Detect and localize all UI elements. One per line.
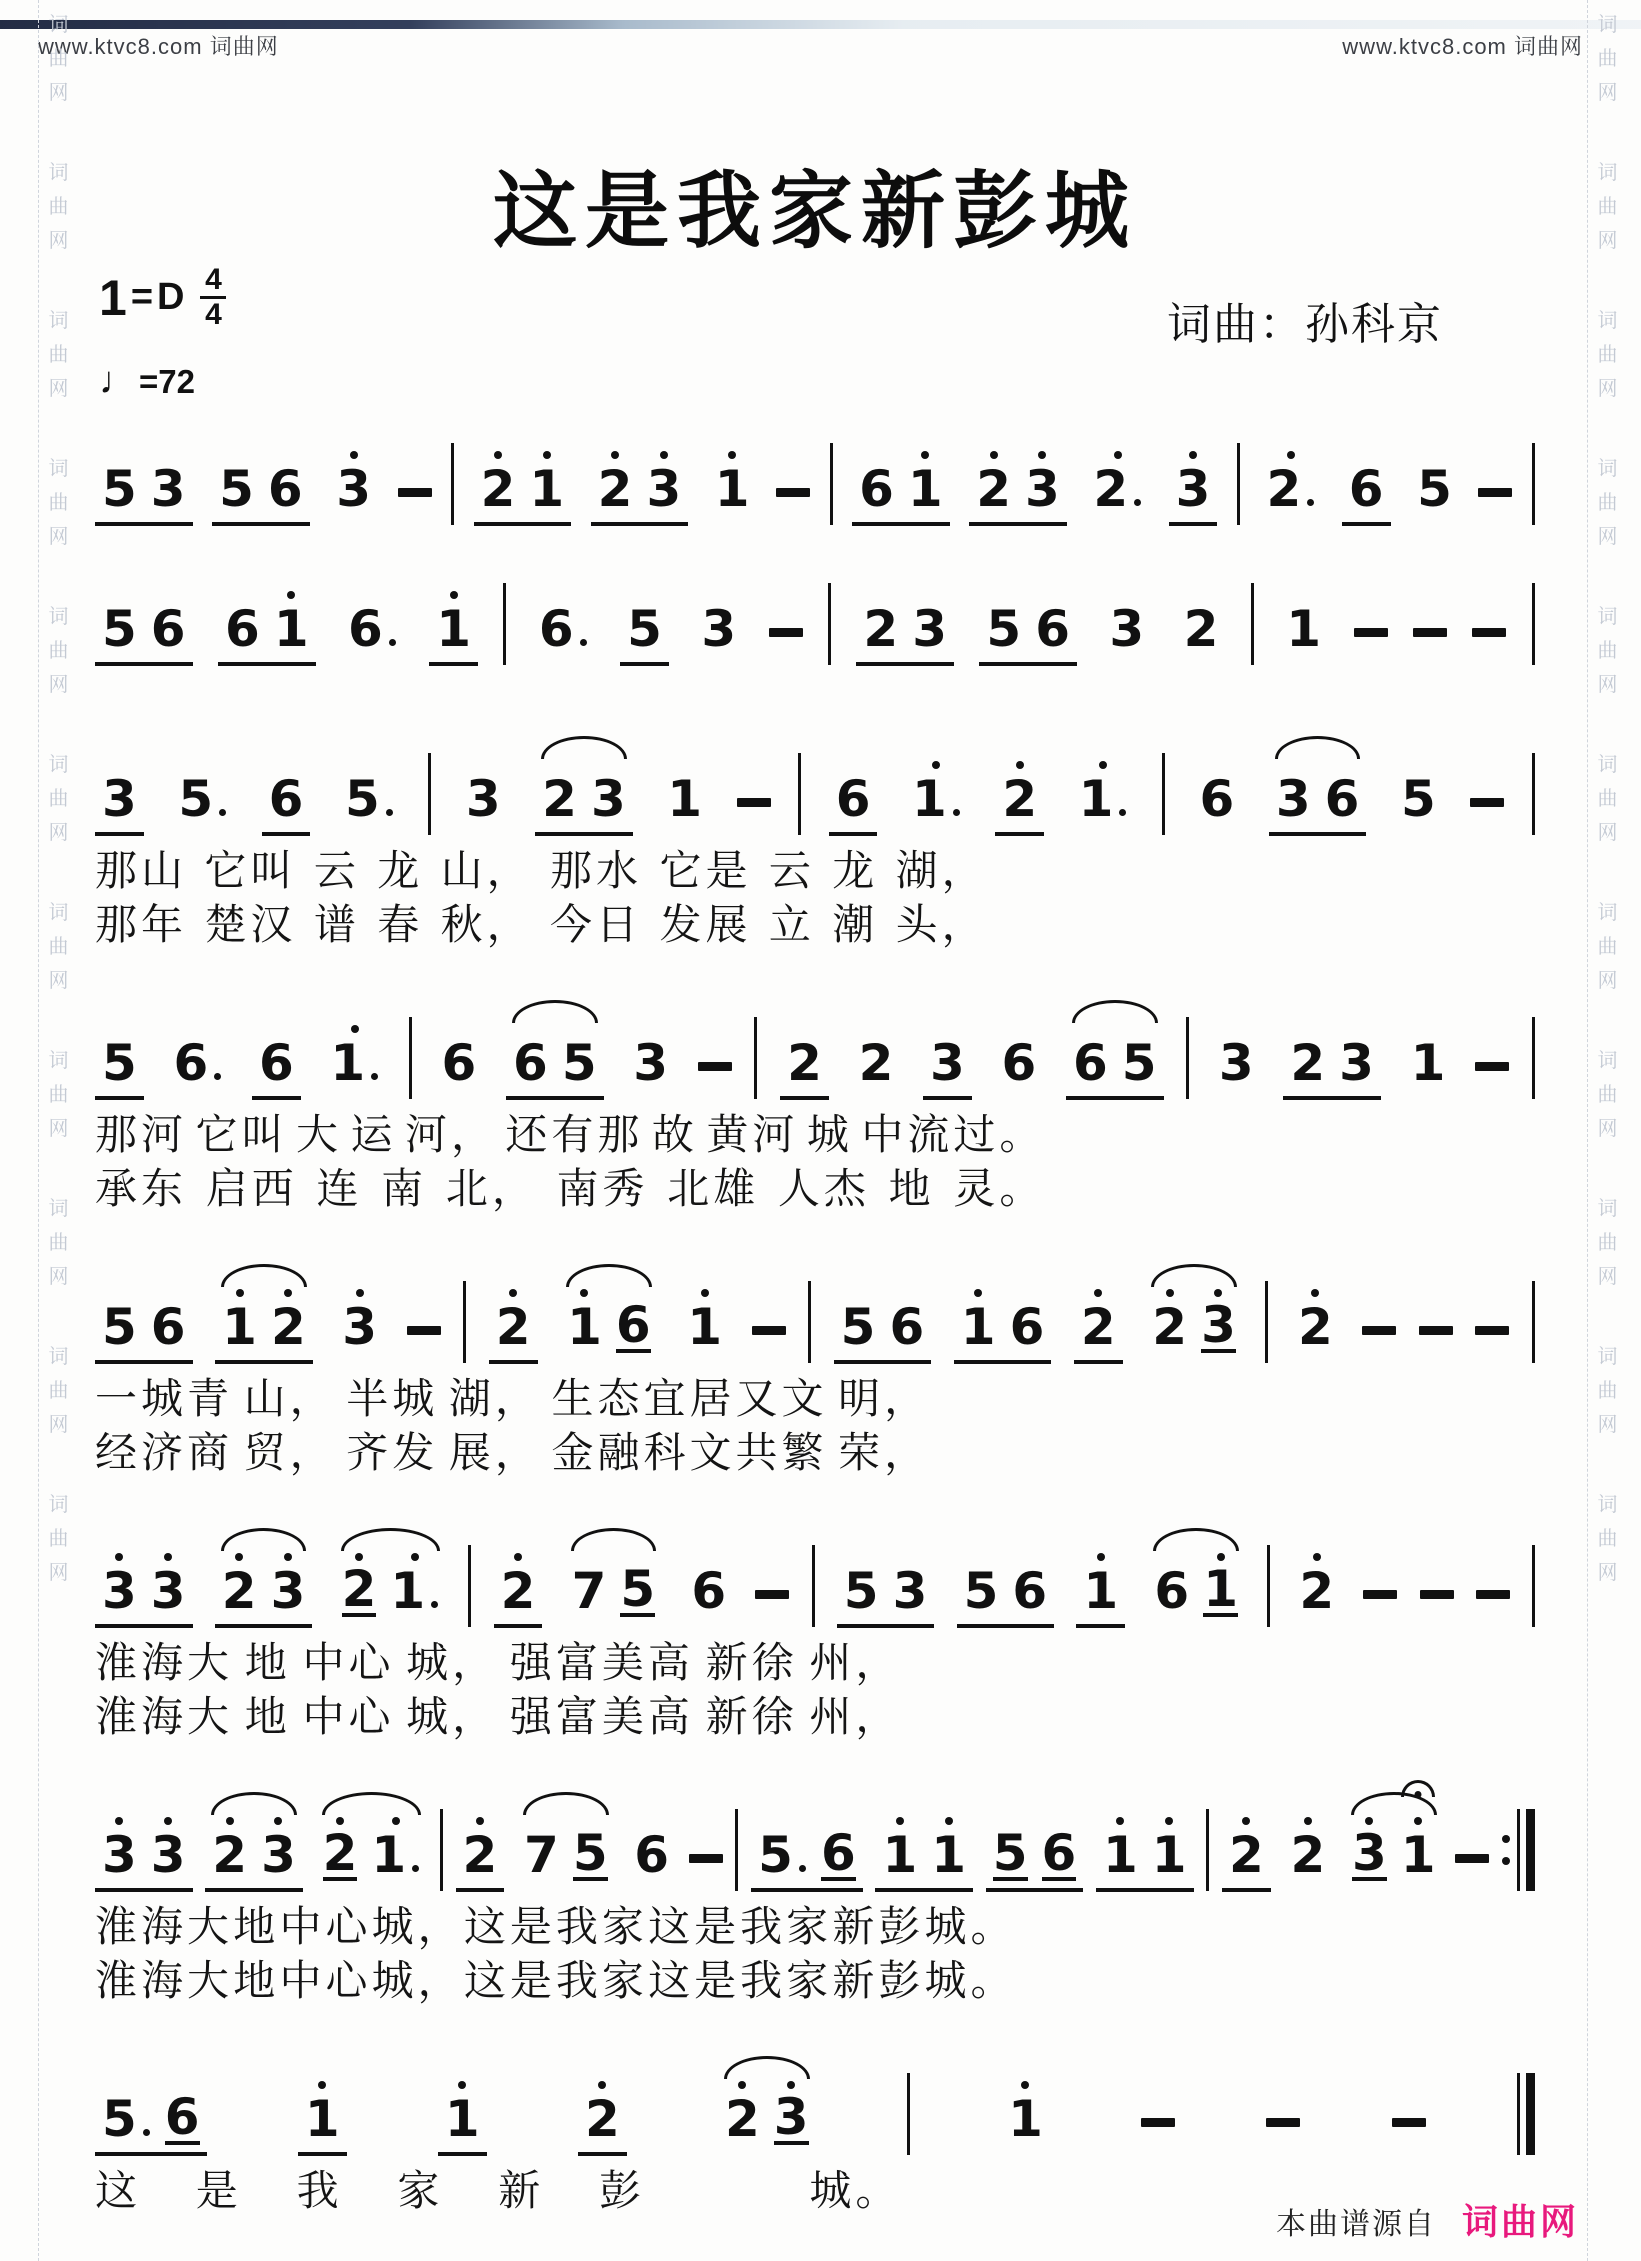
lyric-syllable: 龙 <box>832 848 878 896</box>
note-body: 6 <box>1035 602 1070 656</box>
note: 2 <box>1145 1280 1194 1354</box>
note-digit: 5 <box>573 1830 608 1881</box>
note-body: 1 <box>222 1300 257 1354</box>
side-watermark-char: 词 <box>1598 10 1618 40</box>
note-body: 1 <box>390 1564 439 1618</box>
lyric-syllable: 山， <box>441 848 533 896</box>
lyric-syllable: 那山 <box>95 848 187 896</box>
notation-score: 5356321231612323265566161653235632135653… <box>95 416 1535 2216</box>
note-group: 2 <box>456 1808 505 1892</box>
note-digit: 1 <box>908 462 943 516</box>
note-body: 6 <box>1010 1300 1045 1354</box>
note-body: 5 <box>102 462 137 516</box>
barline <box>1186 1016 1189 1100</box>
note-digit: 5 <box>178 772 213 826</box>
note-digit: 6 <box>348 602 383 656</box>
lyric-syllable: 淮海大 <box>95 1904 233 1952</box>
note-digit: 3 <box>646 462 681 516</box>
note-digit: 6 <box>151 602 186 656</box>
lyric-syllable: 中心 <box>279 1904 371 1952</box>
note: 5 <box>95 1016 144 1090</box>
note-digit: 6 <box>259 1036 294 1090</box>
note-body: 2 <box>481 462 516 516</box>
note: 6 <box>1318 752 1367 826</box>
note-body: 6 <box>1154 1564 1189 1618</box>
note-body: 1 <box>445 2092 480 2146</box>
note-body: 6 <box>442 1036 477 1090</box>
note: 2 <box>215 1544 264 1618</box>
note-group: 1 <box>429 582 478 666</box>
note-upper-dots <box>701 1280 709 1300</box>
note: 3 <box>459 752 508 826</box>
note-body: 6 <box>691 1564 726 1618</box>
note: 3 <box>95 752 144 826</box>
slur-note-group: 21 <box>335 1544 447 1628</box>
score-meta: 1 = D 4 4 ♩=72 词曲：孙科京 <box>95 266 1535 416</box>
barline-thin <box>1267 1545 1270 1627</box>
notation-row: 56123216156162232 <box>95 1254 1535 1364</box>
note-digit: 2 <box>1229 1828 1264 1882</box>
note-body: 5 <box>844 1564 879 1618</box>
note: 3 <box>264 1544 313 1618</box>
note-group: 2 <box>1086 442 1149 526</box>
lyric-syllable: 连 <box>316 1166 362 1214</box>
note: 1 <box>215 1280 264 1354</box>
key-signature: 1 = D 4 4 <box>99 266 226 329</box>
side-watermark-char: 网 <box>1598 1114 1618 1144</box>
note: 6 <box>144 1280 193 1354</box>
side-watermark-char: 曲 <box>49 340 69 370</box>
score-content: 这是我家新彭城 1 = D 4 4 ♩=72 词曲：孙科京 5356321231… <box>95 0 1535 2216</box>
note-body: 3 <box>1339 1036 1374 1090</box>
side-watermark-char: 网 <box>1598 1558 1618 1588</box>
music-system: 5661616532356321 <box>95 556 1535 666</box>
note-digit: 5 <box>102 2092 137 2146</box>
slur-note-group: 61 <box>1147 1544 1245 1628</box>
note-digit: 1 <box>961 1300 996 1354</box>
side-watermark-char: 曲 <box>49 1524 69 1554</box>
note-upper-dots <box>1189 442 1197 462</box>
side-watermark-char: 词 <box>49 898 69 928</box>
note-group: 6 <box>1193 752 1242 836</box>
note-digit: 2 <box>725 2092 760 2146</box>
side-watermark-char: 词 <box>49 1194 69 1224</box>
side-watermark-char: 词 <box>49 454 69 484</box>
note-upper-dots <box>974 1280 982 1300</box>
note: 5 <box>1115 1016 1164 1090</box>
note-digit: 2 <box>1298 1300 1333 1354</box>
lyric-line: 那山它叫云龙山，那水它是云龙湖， <box>95 848 988 896</box>
note: 3 <box>905 582 954 656</box>
note-digit: 3 <box>633 1036 668 1090</box>
note-digit: 6 <box>1154 1564 1189 1618</box>
notation-row: 566166532236653231 <box>95 990 1535 1100</box>
side-watermark-char: 曲 <box>49 1080 69 1110</box>
composer-credit: 词曲：孙科京 <box>1167 288 1443 352</box>
lyric-syllable: 城。 <box>925 1958 1017 2006</box>
side-watermark-char: 曲 <box>1598 1228 1618 1258</box>
barline-thin <box>828 583 831 665</box>
barline <box>503 582 506 666</box>
note-digit: 3 <box>1276 772 1311 826</box>
note-digit: 6 <box>634 1828 669 1882</box>
note-upper-dots <box>990 442 998 462</box>
note-digit: 1 <box>1203 1566 1238 1617</box>
lyric-syllable: 贸， <box>244 1430 336 1478</box>
note: 1 <box>429 582 478 656</box>
octave-dot <box>1242 1817 1250 1825</box>
lyric-syllable: 中心 <box>302 1640 394 1688</box>
lyric-syllable: 中心 <box>302 1694 394 1742</box>
notation-row: 56112231 <box>95 2046 1535 2156</box>
side-watermark-char: 曲 <box>49 784 69 814</box>
side-watermark-char: 网 <box>49 818 69 848</box>
note-upper-dots <box>235 1544 243 1564</box>
side-watermark-char: 词 <box>49 158 69 188</box>
note: 2 <box>995 752 1044 826</box>
note-body: 2 <box>1298 1300 1333 1354</box>
note-body: 6 <box>889 1300 924 1354</box>
note: 1 <box>901 442 950 516</box>
note-group: 2 <box>852 1016 901 1100</box>
note-upper-dots <box>1287 442 1295 462</box>
barline <box>828 582 831 666</box>
note: 1 <box>1072 752 1135 826</box>
sustain-dash <box>1362 1326 1396 1335</box>
sustain-dash <box>1413 628 1447 637</box>
note: 3 <box>886 1544 935 1618</box>
note-digit: 7 <box>524 1828 559 1882</box>
note-upper-dots <box>580 1280 588 1300</box>
note-upper-dots <box>1165 1808 1173 1828</box>
slur-note-group: 75 <box>565 1544 663 1628</box>
side-watermark-char: 词 <box>1598 306 1618 336</box>
note-digit: 6 <box>1073 1036 1108 1090</box>
side-watermark-char: 网 <box>1598 818 1618 848</box>
lyric-syllable: 强富美高 <box>510 1640 694 1688</box>
note-upper-dots <box>226 1808 234 1828</box>
note-body: 5 <box>562 1036 597 1090</box>
note-body: 6 <box>634 1828 669 1882</box>
lyric-syllable: 淮海大 <box>95 1640 233 1688</box>
note-digit: 1 <box>1152 1828 1187 1882</box>
side-watermark-char: 词 <box>1598 1194 1618 1224</box>
note-upper-dots <box>1116 1808 1124 1828</box>
note-group: 53 <box>95 442 193 526</box>
side-watermark-char: 曲 <box>49 488 69 518</box>
side-watermark-char: 网 <box>49 522 69 552</box>
note-digit: 5 <box>1401 772 1436 826</box>
octave-dot <box>350 451 358 459</box>
note-digit: 3 <box>1025 462 1060 516</box>
note-group: 16 <box>954 1280 1052 1364</box>
note: 6 <box>252 1016 301 1090</box>
augmentation-dot <box>219 809 226 816</box>
slur-note-group: 65 <box>1066 1016 1164 1100</box>
note-group: 5 <box>338 752 401 836</box>
fermata-icon <box>1401 1780 1435 1797</box>
side-watermark-char: 词 <box>49 1490 69 1520</box>
octave-dot <box>392 1817 400 1825</box>
note-digit: 1 <box>390 1564 425 1618</box>
lyric-syllable: 秋， <box>441 902 533 950</box>
note-body: 2 <box>501 1564 536 1618</box>
note-digit: 1 <box>222 1300 257 1354</box>
side-watermark-char: 曲 <box>49 192 69 222</box>
lyric-syllable: 新徐 <box>706 1640 798 1688</box>
note-body: 2 <box>1184 602 1219 656</box>
note-group: 1 <box>660 752 709 836</box>
barline <box>451 442 454 526</box>
octave-dot <box>1313 1553 1321 1561</box>
octave-dot <box>450 591 458 599</box>
note-group: 2 <box>1074 1280 1123 1364</box>
octave-dot <box>1021 2081 1029 2089</box>
note-group: 1 <box>323 1016 386 1100</box>
note-digit: 5 <box>102 462 137 516</box>
note: 2 <box>1177 582 1226 656</box>
note-digit: 3 <box>466 772 501 826</box>
note-group: 5 <box>1410 442 1459 526</box>
note-digit: 3 <box>342 1300 377 1354</box>
note-body: 3 <box>102 772 137 826</box>
note: 3 <box>1345 1808 1394 1882</box>
augmentation-dot <box>386 809 393 816</box>
sustain-dash <box>1475 1062 1509 1071</box>
octave-dot <box>287 591 295 599</box>
note-body: 3 <box>633 1036 668 1090</box>
note-group: 5 <box>171 752 234 836</box>
note-digit: 2 <box>496 1300 531 1354</box>
note-upper-dots <box>350 442 358 462</box>
note-group: 2 <box>995 752 1044 836</box>
lyric-syllable: 地 <box>233 1904 279 1952</box>
lyric-syllable: 明， <box>838 1376 930 1424</box>
sustain-dash <box>1354 628 1388 637</box>
barline <box>754 1016 757 1100</box>
note: 2 <box>1222 1808 1271 1882</box>
note-group: 3 <box>694 582 743 666</box>
note-upper-dots <box>274 1808 282 1828</box>
note: 3 <box>95 1808 144 1882</box>
note: 5 <box>957 1544 1006 1618</box>
note-digit: 3 <box>1176 462 1211 516</box>
octave-dot <box>115 1817 123 1825</box>
note-body: 2 <box>585 2092 620 2146</box>
note-body: 6 <box>151 602 186 656</box>
note-digit: 2 <box>342 1566 377 1617</box>
note-group: 53 <box>837 1544 935 1628</box>
note-digit: 2 <box>463 1828 498 1882</box>
note-group: 56 <box>95 2072 207 2156</box>
sustain-dash <box>1420 1590 1454 1599</box>
note-group: 56 <box>95 1280 193 1364</box>
barline <box>812 1544 815 1628</box>
note-upper-dots <box>1021 2072 1029 2092</box>
note-digit: 6 <box>836 772 871 826</box>
note-digit: 1 <box>305 2092 340 2146</box>
note: 1 <box>954 1280 1003 1354</box>
barline-thin <box>428 753 431 835</box>
note-digit: 6 <box>821 1830 856 1881</box>
note-digit: 5 <box>102 602 137 656</box>
note-digit: 5 <box>964 1564 999 1618</box>
augmentation-dot <box>412 1865 419 1872</box>
barline-thin <box>440 1809 443 1891</box>
note-digit: 1 <box>882 1828 917 1882</box>
octave-dot <box>701 1289 709 1297</box>
note: 2 <box>494 1544 543 1618</box>
note: 2 <box>1292 1544 1341 1618</box>
note-digit: 6 <box>225 602 260 656</box>
lyric-syllable: 那水 <box>550 848 642 896</box>
note-body: 2 <box>1290 1036 1325 1090</box>
note-group: 2 <box>780 1016 829 1100</box>
note-digit: 1 <box>1008 2092 1043 2146</box>
lyric-syllable: 南秀 <box>557 1166 649 1214</box>
barline <box>468 1544 471 1628</box>
note: 2 <box>1283 1808 1332 1882</box>
octave-dot <box>494 451 502 459</box>
note: 5 <box>1394 752 1443 826</box>
note-body: 3 <box>151 462 186 516</box>
note-upper-dots <box>738 2072 746 2092</box>
music-system: 3323212756561156112231淮海大地中心城，这是我家这是我家新彭… <box>95 1782 1535 2006</box>
note-group: 3 <box>329 442 378 526</box>
note: 5 <box>338 752 401 826</box>
barline-thin <box>735 1809 738 1891</box>
side-watermark-char: 曲 <box>1598 1376 1618 1406</box>
augmentation-dot <box>799 1865 806 1872</box>
note: 1 <box>267 582 316 656</box>
note-upper-dots <box>543 442 551 462</box>
augmentation-dot <box>389 639 396 646</box>
note-digit: 5 <box>562 1036 597 1090</box>
tempo-value: =72 <box>139 363 195 400</box>
note-body: 3 <box>701 602 736 656</box>
note-body: 1 <box>931 1828 966 1882</box>
barline-thin <box>1265 1281 1268 1363</box>
lyric-syllable: 州， <box>809 1694 901 1742</box>
note-digit: 2 <box>1299 1564 1334 1618</box>
octave-dot <box>235 1553 243 1561</box>
note-body: 6 <box>1349 462 1384 516</box>
octave-dot <box>1094 1289 1102 1297</box>
end-repeat-barline <box>1502 1808 1535 1892</box>
note: 7 <box>517 1808 566 1882</box>
lyric-syllable: 新彭 <box>832 1904 924 1952</box>
notation-row: 5356321231612323265 <box>95 416 1535 526</box>
note-digit: 5 <box>1122 1036 1157 1090</box>
note-body: 2 <box>1299 1564 1334 1618</box>
note-digit: 6 <box>1325 772 1360 826</box>
note-group: 23 <box>591 442 689 526</box>
octave-dot <box>115 1553 123 1561</box>
octave-dot <box>945 1817 953 1825</box>
note: 6 <box>1342 442 1391 516</box>
note-digit: 5 <box>102 1300 137 1354</box>
side-watermark-char: 词 <box>1598 1342 1618 1372</box>
music-system: 56123216156162232一城青山，半城湖，生态宜居又文明，经济商贸，齐… <box>95 1254 1535 1478</box>
note-group: 6 <box>829 752 878 836</box>
notation-row: 3323212756561156112231 <box>95 1782 1535 1892</box>
lyric-syllable: 这是我家 <box>464 1904 648 1952</box>
note-body: 2 <box>1152 1300 1187 1354</box>
note: 5 <box>171 752 234 826</box>
note: 2 <box>1291 1280 1340 1354</box>
octave-dot <box>514 1553 522 1561</box>
note-group: 56 <box>979 582 1077 666</box>
note-digit: 1 <box>371 1828 406 1882</box>
note: 3 <box>694 582 743 656</box>
note: 5 <box>751 1808 814 1882</box>
slur-note-group: 23 <box>205 1808 303 1892</box>
note-digit: 3 <box>261 1828 296 1882</box>
augmentation-dot <box>1119 809 1126 816</box>
note-body: 3 <box>893 1564 928 1618</box>
note: 6 <box>829 752 878 826</box>
side-watermark-char: 网 <box>1598 1262 1618 1292</box>
side-watermark-char: 网 <box>49 1262 69 1292</box>
note-body: 3 <box>774 2092 809 2146</box>
note-body: 6 <box>1002 1036 1037 1090</box>
lyric-syllable: 灵。 <box>953 1166 1045 1214</box>
note-digit: 5 <box>1417 462 1452 516</box>
note: 2 <box>316 1808 365 1882</box>
note-upper-dots <box>356 1280 364 1300</box>
lyric-syllable: 州， <box>809 1640 901 1688</box>
note-group: 3 <box>1102 582 1151 666</box>
note: 6 <box>166 1016 229 1090</box>
note-digit: 3 <box>930 1036 965 1090</box>
note-upper-dots <box>945 1808 953 1828</box>
lyric-syllable: 山， <box>244 1376 336 1424</box>
lyric-syllable: 潮 <box>832 902 878 950</box>
notation-row: 3565323161216365 <box>95 726 1535 836</box>
note: 2 <box>1086 442 1149 516</box>
note: 6 <box>341 582 404 656</box>
note: 3 <box>254 1808 303 1882</box>
lyric-syllable: 地 <box>889 1166 935 1214</box>
note: 6 <box>506 1016 555 1090</box>
note-digit: 6 <box>151 1300 186 1354</box>
note-body: 2 <box>1266 462 1315 516</box>
note-upper-dots <box>494 442 502 462</box>
note-digit: 1 <box>567 1300 602 1354</box>
note: 2 <box>578 2072 627 2146</box>
side-watermark-char: 网 <box>1598 226 1618 256</box>
note: 3 <box>1194 1280 1243 1354</box>
note: 6 <box>1035 1808 1084 1882</box>
lyric-line: 这是我家新彭城。 <box>95 2168 901 2216</box>
note-group: 1 <box>1279 582 1328 666</box>
music-system: 332321275653561612淮海大地中心城，强富美高新徐州，淮海大地中心… <box>95 1518 1535 1742</box>
note-upper-dots <box>284 1544 292 1564</box>
note-body: 5 <box>993 1828 1028 1882</box>
note: 6 <box>609 1280 658 1354</box>
note-digit: 6 <box>268 462 303 516</box>
lyric-syllable: 是 <box>196 2168 242 2216</box>
octave-dot <box>543 451 551 459</box>
note: 2 <box>718 2072 767 2146</box>
note-upper-dots <box>450 582 458 602</box>
note-digit: 6 <box>173 1036 208 1090</box>
barline <box>1206 1808 1209 1892</box>
note-group: 56 <box>95 582 193 666</box>
barline-thin <box>1517 1809 1520 1891</box>
sustain-dash <box>689 1854 723 1863</box>
note-digit: 3 <box>102 772 137 826</box>
